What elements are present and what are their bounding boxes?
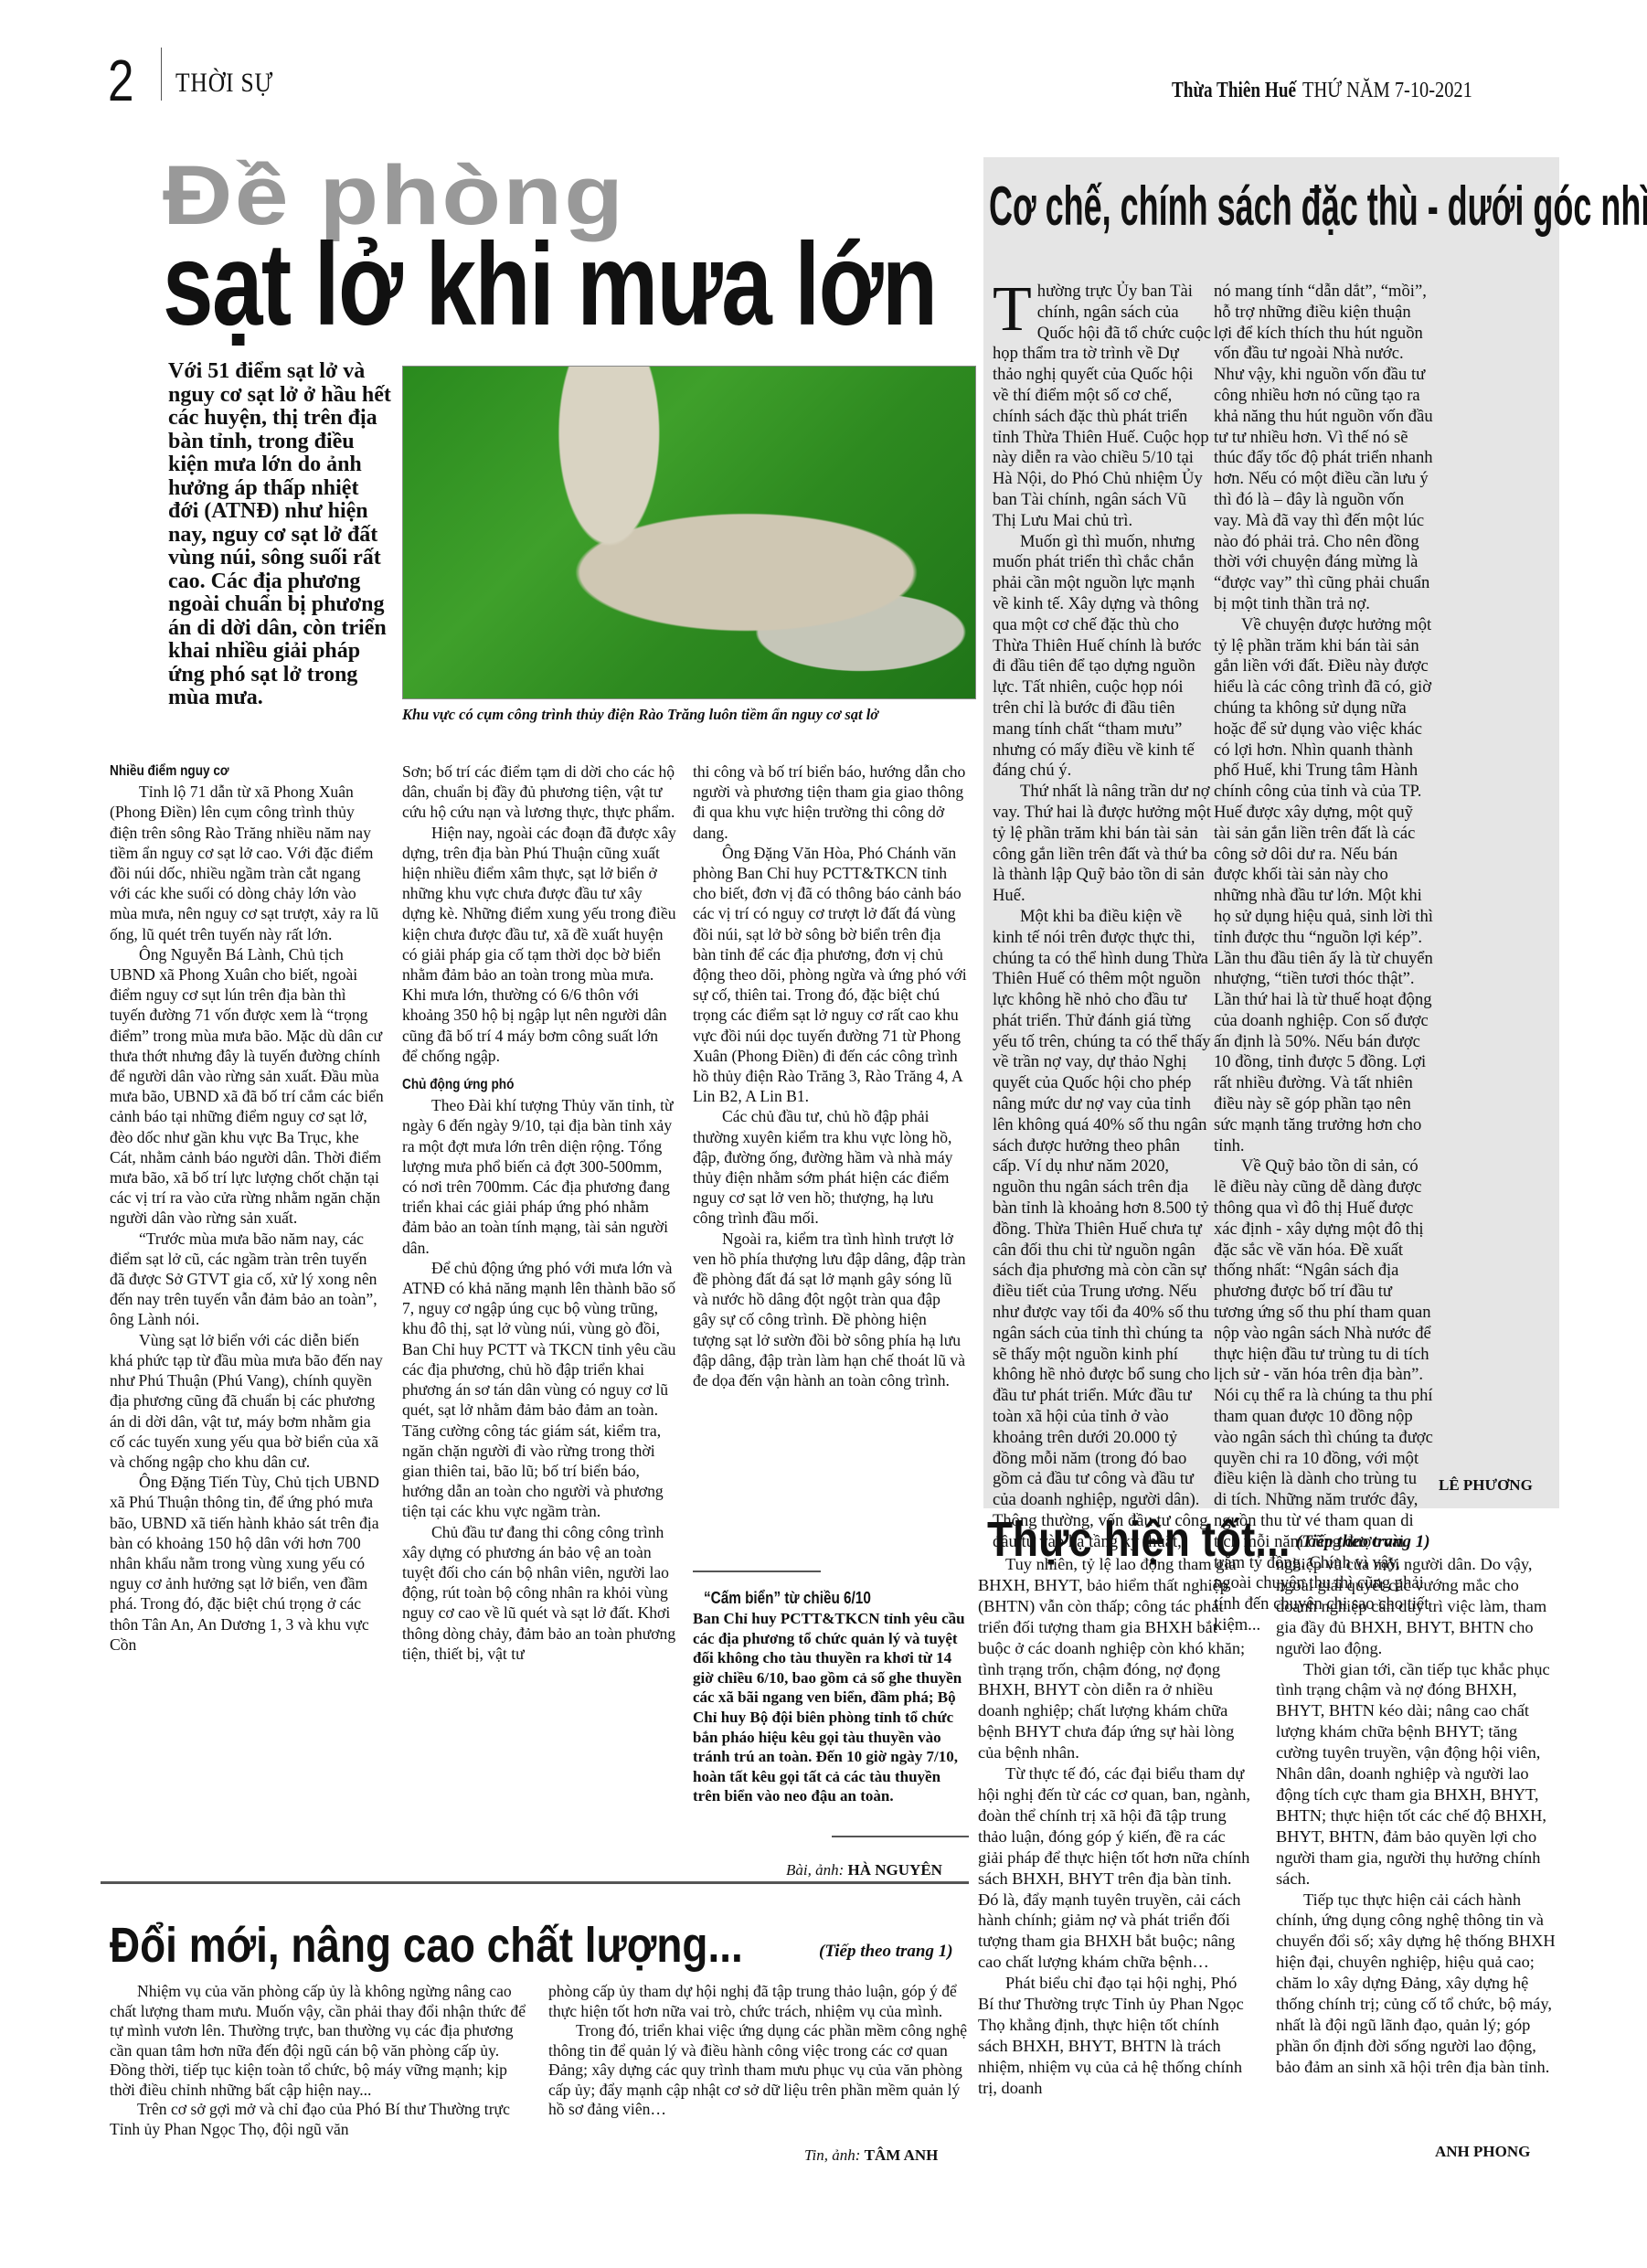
paragraph: Theo Đài khí tượng Thủy văn tỉnh, từ ngà… [402, 1095, 676, 1258]
sidebar-column-2: nó mang tính “dẫn dắt”, “mồi”, hỗ trợ nh… [1214, 282, 1433, 1636]
continued-note: (Tiếp theo trang 1) [819, 1942, 953, 1962]
byline-prefix: Tin, ảnh: [804, 2146, 860, 2164]
doi-moi-column-1: Nhiệm vụ của văn phòng cấp ủy là không n… [110, 1982, 528, 2139]
paragraph: Trên cơ sở gợi mở và chỉ đạo của Phó Bí … [110, 2100, 528, 2139]
paragraph: Trong đó, triển khai việc ứng dụng các p… [548, 2021, 969, 2120]
byline-prefix: Bài, ảnh: [786, 1861, 844, 1879]
continued-note: (Tiếp theo trang 1) [1296, 1532, 1430, 1552]
doi-moi-byline: Tin, ảnh: TÂM ANH [804, 2146, 938, 2165]
byline-name: TÂM ANH [865, 2146, 939, 2164]
drop-cap: T [993, 283, 1032, 336]
paragraph: Phát biểu chỉ đạo tại hội nghị, Phó Bí t… [978, 1973, 1252, 2098]
header-divider [161, 48, 162, 101]
paragraph: nghiệp và của mỗi người dân. Do vậy, ngo… [1276, 1554, 1559, 1659]
paragraph: Các chủ đầu tư, chủ hồ đập phải thường x… [693, 1106, 967, 1228]
paragraph: Thời gian tới, cần tiếp tục khắc phục tì… [1276, 1659, 1559, 1890]
thuc-hien-column-2: nghiệp và của mỗi người dân. Do vậy, ngo… [1276, 1554, 1559, 2078]
box-divider [693, 1571, 821, 1572]
paragraph: Một khi ba điều kiện về kinh tế nói trên… [993, 907, 1212, 1553]
paragraph: Muốn gì thì muốn, nhưng muốn phát triển … [993, 532, 1212, 783]
paragraph: thi công và bố trí biển báo, hướng dẫn c… [693, 761, 967, 843]
paragraph: Ông Đặng Tiến Tùy, Chủ tịch UBND xã Phú … [110, 1472, 384, 1655]
paragraph: Nhiệm vụ của văn phòng cấp ủy là không n… [110, 1982, 528, 2100]
paragraph: phòng cấp ủy tham dự hội nghị đã tập tru… [548, 1982, 969, 2021]
paragraph: Vùng sạt lở biển với các diễn biến khá p… [110, 1330, 384, 1472]
paragraph: Thứ nhất là nâng trần dư nợ vay. Thứ hai… [993, 782, 1212, 907]
section-divider [101, 1881, 969, 1884]
thuc-hien-column-1: Tuy nhiên, tỷ lệ lao động tham gia BHXH,… [978, 1554, 1252, 2099]
main-article-byline: Bài, ảnh: HÀ NGUYÊN [786, 1861, 942, 1879]
main-article-column-3: thi công và bố trí biển báo, hướng dẫn c… [693, 761, 967, 1390]
paragraph: Ngoài ra, kiểm tra tình hình trượt lở ve… [693, 1229, 967, 1391]
subhead: Chủ động ứng phó [402, 1075, 635, 1095]
paragraph: “Trước mùa mưa bão năm nay, các điểm sạt… [110, 1229, 384, 1330]
paragraph: Từ thực tế đó, các đại biểu tham dự hội … [978, 1763, 1252, 1973]
box-body: Ban Chỉ huy PCTT&TKCN tỉnh yêu cầu các đ… [693, 1609, 967, 1806]
paragraph: Tỉnh lộ 71 dẫn từ xã Phong Xuân (Phong Đ… [110, 782, 384, 944]
paragraph: Về chuyện được hưởng một tỷ lệ phần trăm… [1214, 615, 1433, 1157]
article-lede: Với 51 điểm sạt lở và nguy cơ sạt lở ở h… [168, 360, 392, 710]
paragraph: Tiếp tục thực hiện cải cách hành chính, … [1276, 1890, 1559, 2078]
byline-divider [832, 1836, 969, 1837]
paragraph: Tuy nhiên, tỷ lệ lao động tham gia BHXH,… [978, 1554, 1252, 1763]
paragraph: Ông Đặng Văn Hòa, Phó Chánh văn phòng Ba… [693, 843, 967, 1107]
section-name: THỜI SỰ [175, 68, 273, 99]
main-headline: sạt lở khi mưa lớn [163, 227, 936, 344]
main-article-column-1: Nhiều điểm nguy cơ Tỉnh lộ 71 dẫn từ xã … [110, 761, 384, 1655]
sidebar-byline: LÊ PHƯƠNG [1439, 1476, 1533, 1495]
paragraph: Sơn; bố trí các điểm tạm di dời cho các … [402, 761, 676, 823]
sidebar-title: Cơ chế, chính sách đặc thù - dưới góc nh… [989, 177, 1647, 236]
paragraph: Hiện nay, ngoài các đoạn đã được xây dựn… [402, 823, 676, 1066]
paragraph: Thường trực Ủy ban Tài chính, ngân sách … [993, 282, 1212, 532]
paragraph: Chủ đầu tư đang thi công công trình xây … [402, 1522, 676, 1664]
subhead: Nhiều điểm nguy cơ [110, 761, 343, 782]
box-title: “Cấm biển” từ chiều 6/10 [704, 1589, 871, 1608]
doi-moi-column-2: phòng cấp ủy tham dự hội nghị đã tập tru… [548, 1982, 969, 2120]
paper-name: Thừa Thiên Huế [1172, 79, 1296, 103]
thuc-hien-byline: ANH PHONG [1435, 2143, 1530, 2161]
paragraph: Ông Nguyễn Bá Lành, Chủ tịch UBND xã Pho… [110, 944, 384, 1229]
issue-date: THỨ NĂM 7-10-2021 [1302, 79, 1472, 103]
main-article-column-2: Sơn; bố trí các điểm tạm di dời cho các … [402, 761, 676, 1664]
landslide-river-photo [402, 366, 976, 699]
photo-caption: Khu vực có cụm công trình thủy điện Rào … [402, 706, 878, 724]
article-title-doi-moi: Đổi mới, nâng cao chất lượng... [110, 1920, 743, 1971]
byline-name: HÀ NGUYÊN [848, 1861, 942, 1879]
paragraph: Để chủ động ứng phó với mưa lớn và ATNĐ … [402, 1258, 676, 1522]
sidebar-column-1: Thường trực Ủy ban Tài chính, ngân sách … [993, 282, 1212, 1553]
page-number: 2 [108, 51, 133, 110]
paragraph: nó mang tính “dẫn dắt”, “mồi”, hỗ trợ nh… [1214, 282, 1433, 615]
